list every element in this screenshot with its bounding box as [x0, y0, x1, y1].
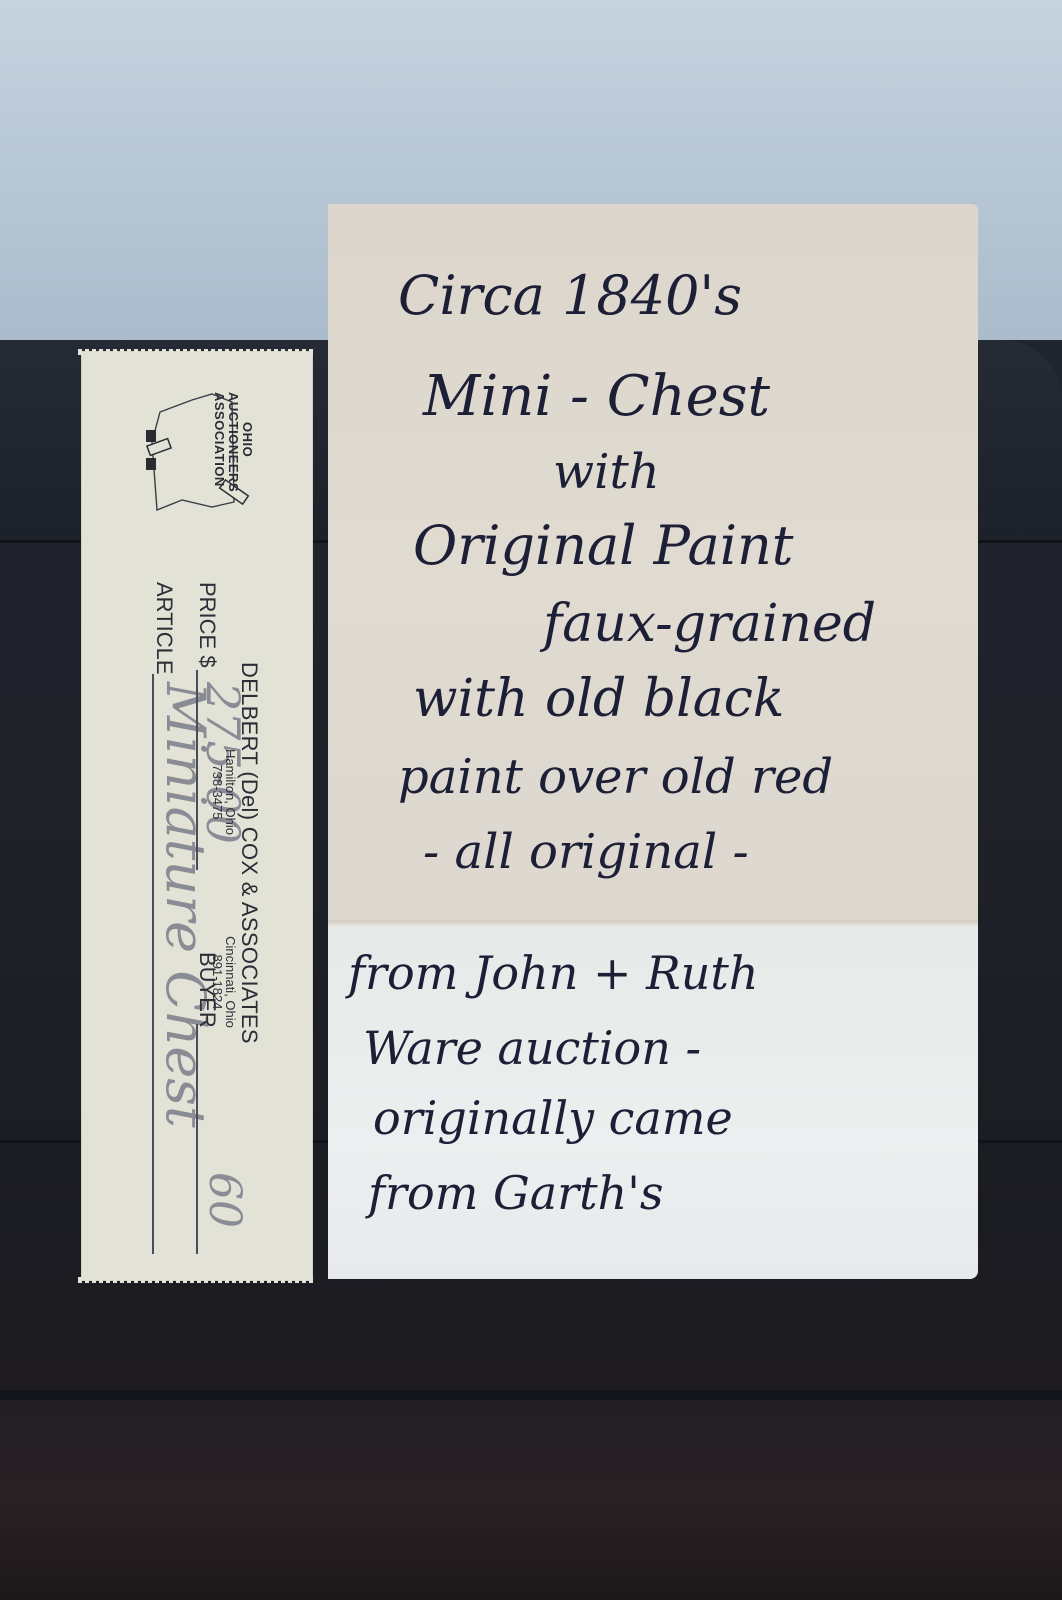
buyer-value: 60	[199, 1172, 250, 1228]
logo-text: OHIO AUCTIONEERS ASSOCIATION	[212, 392, 254, 492]
note-line: faux-grained	[543, 594, 876, 654]
note-line: with	[553, 444, 660, 500]
provenance-line: Ware auction -	[363, 1021, 701, 1075]
auction-tag-content: OHIO AUCTIONEERS ASSOCIATION ARTICLE Min…	[82, 352, 312, 1280]
provenance-line: from Garth's	[368, 1166, 663, 1220]
article-label: ARTICLE	[151, 582, 177, 675]
note-line: Mini - Chest	[423, 364, 770, 429]
note-line: - all original -	[423, 824, 749, 880]
note-card-front: Circa 1840's Mini - Chest with Original …	[328, 204, 978, 924]
office-hamilton: Hamilton, Ohio 738-3475	[211, 732, 237, 852]
note-line: paint over old red	[398, 749, 833, 805]
note-line: Original Paint	[413, 514, 793, 577]
chest-molding	[0, 1390, 1062, 1400]
note-card-flap: from John + Ruth Ware auction - original…	[328, 926, 978, 1279]
provenance-line: originally came	[373, 1091, 733, 1145]
note-card: Circa 1840's Mini - Chest with Original …	[328, 204, 978, 1279]
price-label: PRICE $	[194, 582, 220, 668]
company-name: DELBERT (Del) COX & ASSOCIATES	[236, 662, 262, 1044]
note-line: Circa 1840's	[398, 264, 742, 327]
provenance-line: from John + Ruth	[348, 946, 759, 1000]
office-cincinnati: Cincinnati, Ohio 891-1824	[211, 922, 237, 1042]
buyer-line	[196, 1024, 198, 1254]
auction-tag: OHIO AUCTIONEERS ASSOCIATION ARTICLE Min…	[82, 352, 312, 1280]
chest-base	[0, 1400, 1062, 1600]
note-line: with old black	[413, 669, 784, 729]
